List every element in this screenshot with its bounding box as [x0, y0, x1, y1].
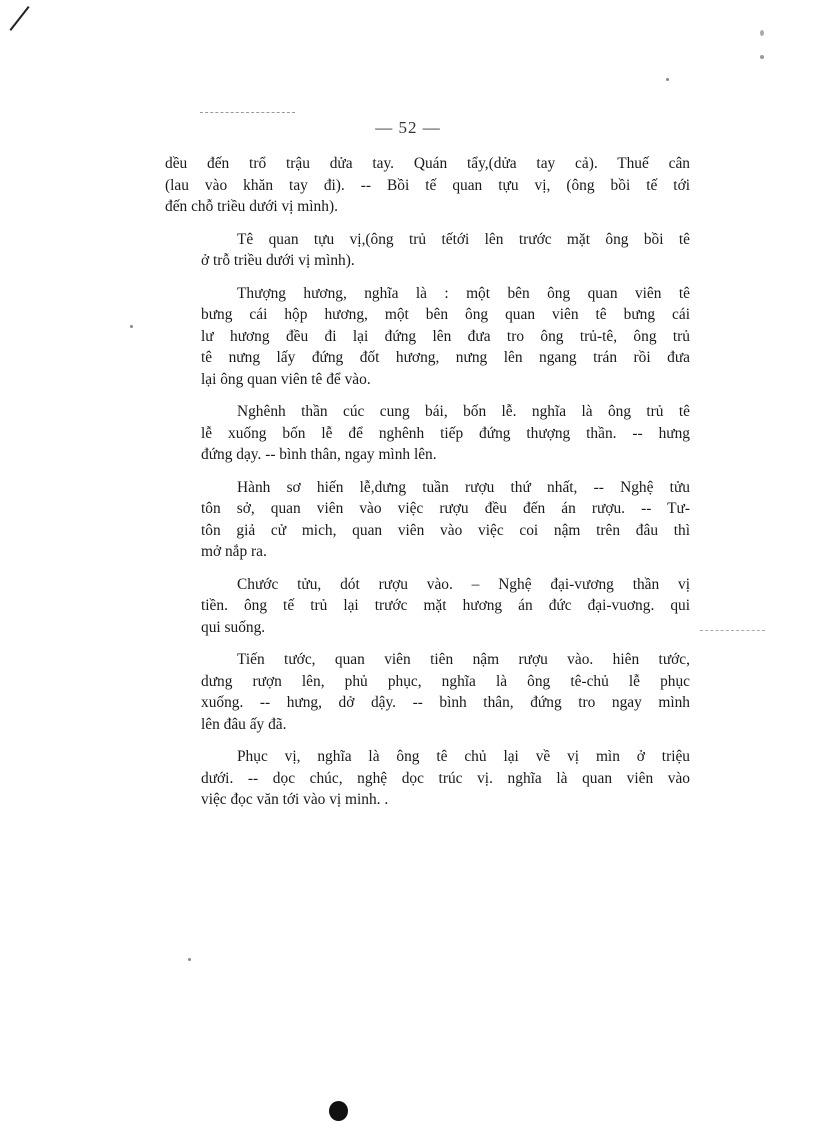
text-line: đến chỗ triều dưới vị mình).	[165, 196, 690, 218]
text-line: Chước tửu, dót rượu vào. – Nghệ đại-vươn…	[165, 574, 690, 596]
margin-mark	[700, 630, 765, 632]
text-line: mở nắp ra.	[165, 541, 690, 563]
text-line: dưng rượn lên, phủ phục, nghĩa là ông tê…	[165, 671, 690, 693]
paragraph: Tiến tước, quan viên tiên nậm rượu vào. …	[165, 649, 690, 735]
text-line: Thượng hương, nghĩa là : một bên ông qua…	[165, 283, 690, 305]
text-line: lên đâu ấy đã.	[165, 714, 690, 736]
text-line: lại ông quan viên tê để vào.	[165, 369, 690, 391]
pen-stroke-mark	[10, 6, 30, 31]
body-text: dều đến trổ trậu dửa tay. Quán tẩy,(dửa …	[165, 153, 690, 822]
text-line: ở trỗ triều dưới vị mình).	[165, 250, 690, 272]
text-line: lư hương đều đi lại đứng lên đưa tro ông…	[165, 326, 690, 348]
text-line: tôn giả cử mich, quan viên vào việc coi …	[165, 520, 690, 542]
page-number: — 52 —	[0, 118, 816, 138]
text-line: dưới. -- dọc chúc, nghệ dọc trúc vị. ngh…	[165, 768, 690, 790]
text-line: tôn sở, quan viên vào việc rượu đều đến …	[165, 498, 690, 520]
scanned-page: — 52 — dều đến trổ trậu dửa tay. Quán tẩ…	[0, 0, 816, 1123]
paragraph: Tê quan tựu vị,(ông trủ tếtới lên trước …	[165, 229, 690, 272]
text-line: (lau vào khăn tay đi). -- Bồi tế quan tự…	[165, 175, 690, 197]
text-line: đứng dạy. -- bình thân, ngay mình lên.	[165, 444, 690, 466]
speck	[760, 55, 764, 59]
speck	[760, 30, 764, 36]
speck	[666, 78, 669, 81]
paragraph: Chước tửu, dót rượu vào. – Nghệ đại-vươn…	[165, 574, 690, 639]
text-line: qui suống.	[165, 617, 690, 639]
text-line: dều đến trổ trậu dửa tay. Quán tẩy,(dửa …	[165, 153, 690, 175]
paragraph: Nghênh thần cúc cung bái, bốn lễ. nghĩa …	[165, 401, 690, 466]
text-line: Phục vị, nghĩa là ông tê chủ lại về vị m…	[165, 746, 690, 768]
text-line: tê nưng lấy đứng đốt hương, nưng lên nga…	[165, 347, 690, 369]
text-line: lễ xuống bốn lễ để nghênh tiếp đứng thượ…	[165, 423, 690, 445]
text-line: Nghênh thần cúc cung bái, bốn lễ. nghĩa …	[165, 401, 690, 423]
text-line: Tê quan tựu vị,(ông trủ tếtới lên trước …	[165, 229, 690, 251]
text-line: tiền. ông tế trủ lại trước mặt hương án …	[165, 595, 690, 617]
paragraph: Hành sơ hiến lễ,dưng tuần rượu thứ nhất,…	[165, 477, 690, 563]
speck	[188, 958, 191, 961]
speck	[130, 325, 133, 328]
ink-blot	[329, 1101, 348, 1121]
faint-header-mark	[200, 112, 295, 114]
text-line: bưng cái hộp hương, một bên ông quan viê…	[165, 304, 690, 326]
text-line: Hành sơ hiến lễ,dưng tuần rượu thứ nhất,…	[165, 477, 690, 499]
text-line: việc đọc văn tới vào vị minh. .	[165, 789, 690, 811]
text-line: xuống. -- hưng, dở dậy. -- bình thân, đứ…	[165, 692, 690, 714]
text-line: Tiến tước, quan viên tiên nậm rượu vào. …	[165, 649, 690, 671]
paragraph: Phục vị, nghĩa là ông tê chủ lại về vị m…	[165, 746, 690, 811]
paragraph: dều đến trổ trậu dửa tay. Quán tẩy,(dửa …	[165, 153, 690, 218]
paragraph: Thượng hương, nghĩa là : một bên ông qua…	[165, 283, 690, 391]
